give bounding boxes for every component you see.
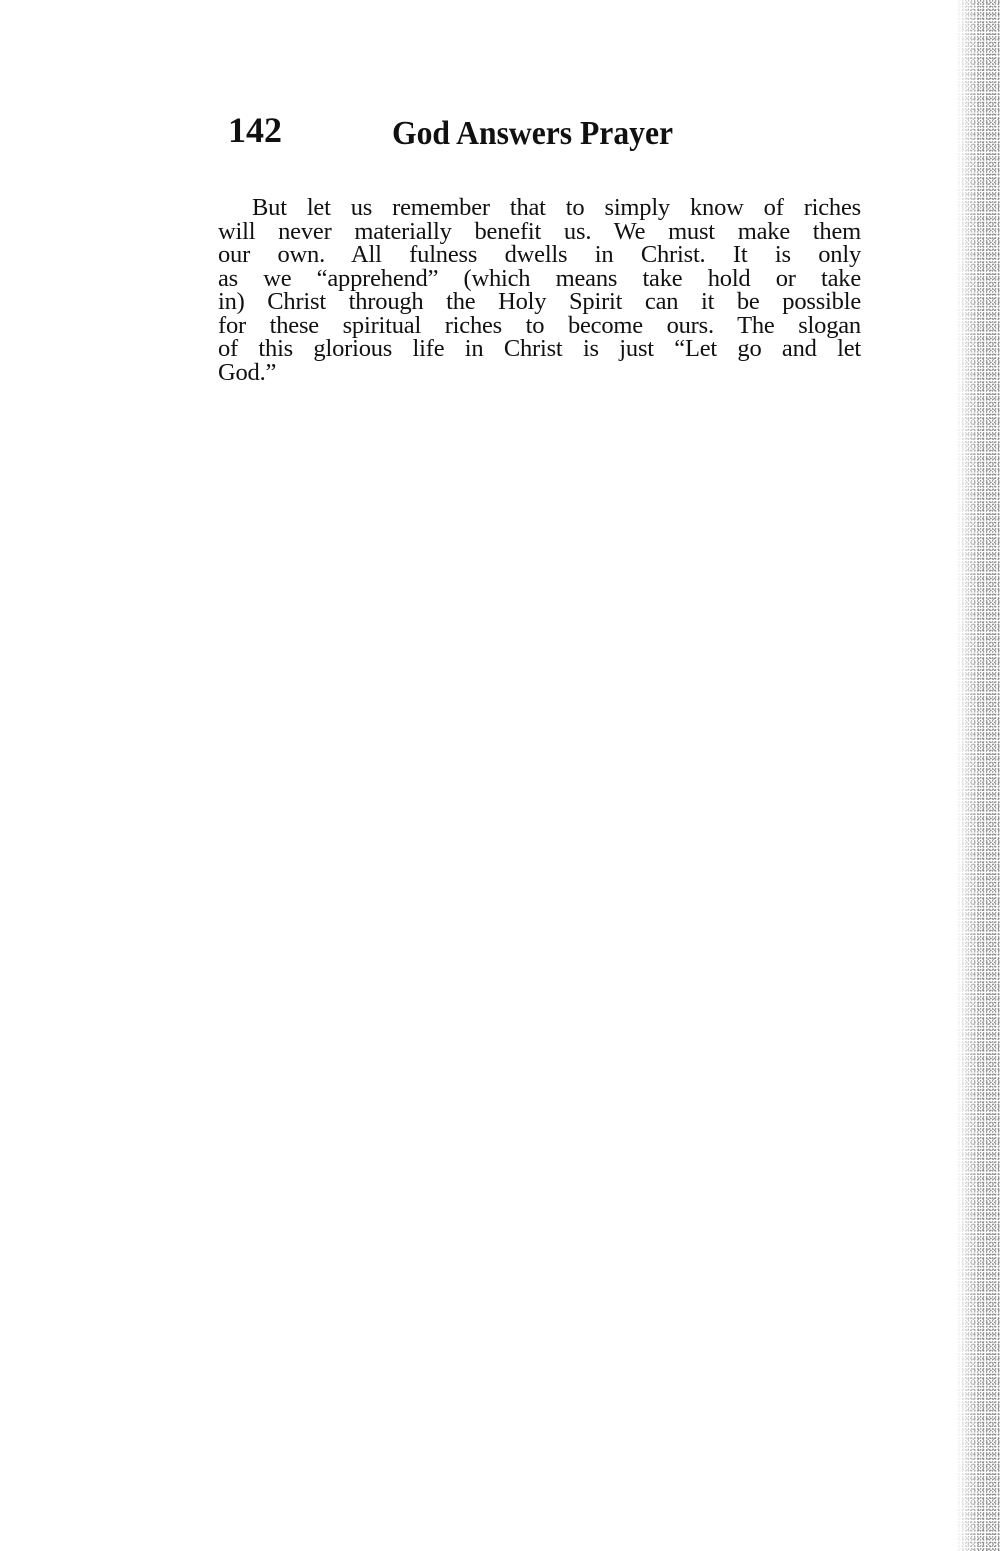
text-line: will never materially benefit us. We mus…: [218, 220, 861, 244]
running-head: 142 God Answers Prayer: [228, 108, 708, 156]
text-line: our own. All fulness dwells in Christ. I…: [218, 243, 861, 267]
text-line: as we “apprehend” (which means take hold…: [218, 267, 861, 291]
text-line: of this glorious life in Christ is just …: [218, 337, 861, 361]
text-line: But let us remember that to simply know …: [218, 196, 861, 220]
text-line: in) Christ through the Holy Spirit can i…: [218, 290, 861, 314]
page-number: 142: [228, 108, 282, 152]
book-page: 142 God Answers Prayer But let us rememb…: [0, 0, 1000, 1551]
book-title: God Answers Prayer: [392, 112, 673, 156]
text-line: for these spiritual riches to become our…: [218, 314, 861, 338]
scanned-page-edge: [956, 0, 1000, 1551]
text-line: God.”: [218, 361, 861, 385]
body-paragraph: But let us remember that to simply know …: [218, 196, 861, 384]
